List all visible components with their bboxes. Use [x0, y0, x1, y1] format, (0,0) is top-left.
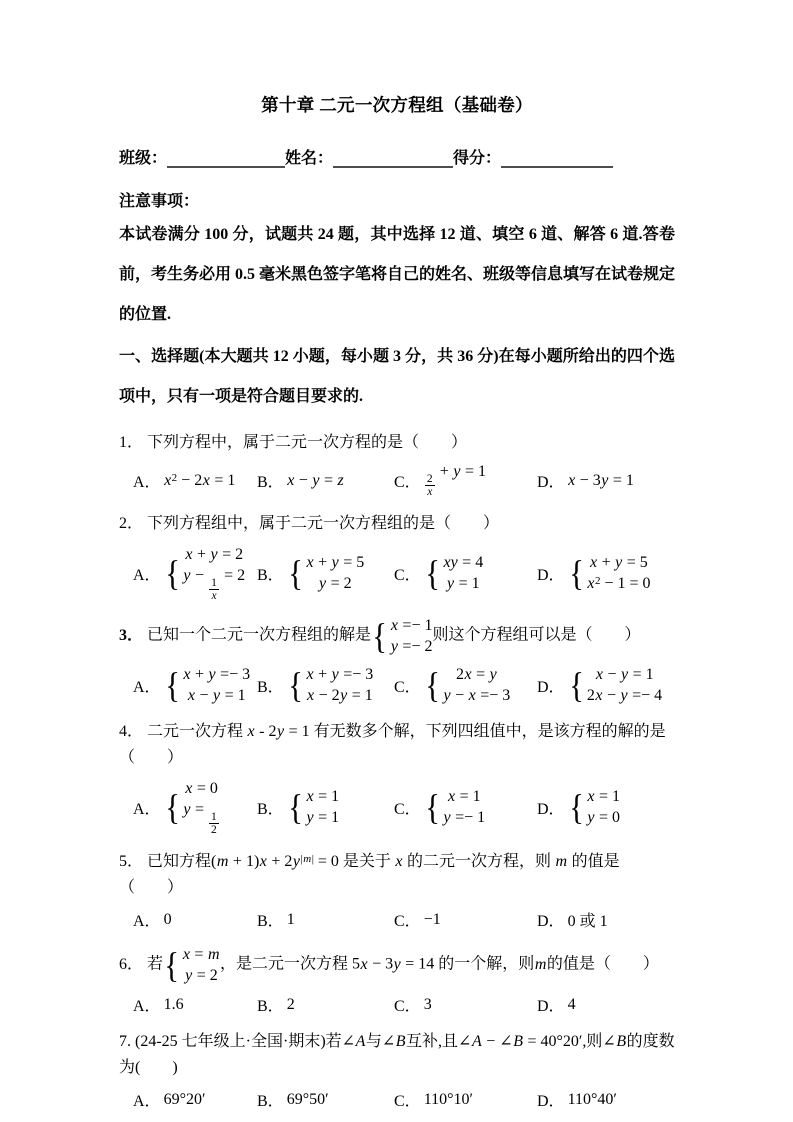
brace-icon: { [569, 670, 584, 701]
option-content: 4 [568, 996, 576, 1014]
class-field-blank [167, 146, 285, 168]
question-number: 6． [119, 956, 143, 973]
option-c: C．110°10′ [394, 1088, 537, 1111]
option-c: C．3 [394, 993, 537, 1016]
equation-system: {x = my = 2 [163, 956, 220, 973]
option-label: D． [537, 993, 565, 1016]
option-a: A．{x + y = 2y − 1x = 2 [133, 544, 257, 602]
stem-text: 下列方程组中，属于二元一次方程组的是（ ） [147, 515, 499, 532]
question-options: A．69°20′B．69°50′C．110°10′D．110°40′ [133, 1088, 675, 1111]
option-content: x − 3y = 1 [568, 472, 634, 490]
brace-icon: { [288, 670, 303, 701]
name-field-label: 姓名： [285, 145, 333, 168]
option-label: C． [394, 1088, 421, 1111]
option-label: D． [537, 796, 565, 819]
stem-text: 若 [147, 956, 163, 973]
option-label: D． [537, 1088, 565, 1111]
option-label: C． [394, 562, 421, 585]
option-label: C． [394, 908, 421, 931]
option-d: D．110°40′ [537, 1088, 675, 1111]
question-2: 2．下列方程组中，属于二元一次方程组的是（ ）A．{x + y = 2y − 1… [119, 511, 675, 602]
question-stem: 7.(24-25 七年级上·全国·期末)若∠A与∠B互补,且∠A − ∠B = … [119, 1029, 675, 1081]
option-label: A． [133, 562, 161, 585]
option-b: B．2 [257, 993, 394, 1016]
brace-icon: { [425, 670, 440, 701]
question-stem: 3．已知一个二元一次方程组的解是{x =− 1y =− 2则这个方程组可以是（ … [119, 615, 675, 657]
option-content: −1 [424, 911, 441, 929]
equation-system: {x − y = 12x − y =− 4 [568, 664, 663, 706]
question-number: 7. [119, 1033, 131, 1050]
option-label: B． [257, 796, 284, 819]
option-c: C．2x + y = 1 [394, 463, 537, 498]
brace-icon: { [165, 558, 180, 589]
option-label: C． [394, 469, 421, 492]
score-field-blank [501, 146, 613, 168]
option-label: A． [133, 674, 161, 697]
question-options: A．1.6B．2C．3D．4 [133, 993, 675, 1016]
option-d: D．{x − y = 12x − y =− 4 [537, 664, 675, 706]
option-d: D．x − 3y = 1 [537, 469, 675, 492]
option-a: A．69°20′ [133, 1088, 257, 1111]
stem-text: 已知一个二元一次方程组的解是 [147, 627, 371, 644]
brace-icon: { [425, 558, 440, 589]
equation-system: {x + y =− 3x − 2y = 1 [287, 664, 374, 706]
brace-icon: { [372, 621, 387, 652]
option-content: 110°10′ [424, 1091, 473, 1109]
option-label: B． [257, 674, 284, 697]
option-content: 3 [424, 996, 432, 1014]
option-label: A． [133, 993, 161, 1016]
equation-system: {x + y = 2y − 1x = 2 [164, 544, 246, 602]
option-label: C． [394, 796, 421, 819]
option-c: C．−1 [394, 908, 537, 931]
option-label: B． [257, 562, 284, 585]
exam-title: 第十章 二元一次方程组（基础卷） [119, 92, 675, 117]
option-b: B．1 [257, 908, 394, 931]
option-content: 69°20′ [164, 1091, 206, 1109]
equation-system: {x = 1y =− 1 [424, 786, 485, 828]
option-content: 2x + y = 1 [424, 463, 486, 498]
option-a: A．0 [133, 908, 257, 931]
option-label: A． [133, 1088, 161, 1111]
question-number: 4． [119, 723, 143, 740]
stem-text: 下列方程中，属于二元一次方程的是（ ） [147, 434, 467, 451]
notice-heading: 注意事项： [119, 188, 675, 211]
option-label: D． [537, 908, 565, 931]
question-stem: 1．下列方程中，属于二元一次方程的是（ ） [119, 430, 675, 456]
option-label: A． [133, 469, 161, 492]
fraction: 2x [425, 473, 435, 498]
header-fields: 班级：姓名：得分： [119, 145, 675, 168]
option-d: D．{x + y = 5x2 − 1 = 0 [537, 552, 675, 594]
equation-system: {x =− 1y =− 2 [371, 627, 432, 644]
stem-text: (24-25 七年级上·全国·期末)若∠A与∠B互补,且∠A − ∠B = 40… [119, 1033, 675, 1076]
question-options: A．0B．1C．−1D．0 或 1 [133, 908, 675, 931]
question-stem: 2．下列方程组中，属于二元一次方程组的是（ ） [119, 511, 675, 537]
question-stem: 5．已知方程(m + 1)x + 2y|m| = 0 是关于 x 的二元一次方程… [119, 849, 675, 901]
option-label: C． [394, 674, 421, 697]
option-content: x2 − 2x = 1 [164, 472, 236, 490]
option-label: B． [257, 993, 284, 1016]
equation-system: {x = 1y = 0 [568, 786, 620, 828]
equation-system: {x = 0y = 12 [164, 778, 220, 836]
option-c: C．{2x = yy − x =− 3 [394, 664, 537, 706]
brace-icon: { [164, 950, 179, 981]
option-b: B．{x + y = 5y = 2 [257, 552, 394, 594]
option-label: B． [257, 1088, 284, 1111]
exam-page: 第十章 二元一次方程组（基础卷） 班级：姓名：得分： 注意事项： 本试卷满分 1… [0, 0, 793, 1122]
option-content: 0 或 1 [568, 908, 608, 931]
question-4: 4．二元一次方程 x - 2y = 1 有无数多个解，下列四组值中，是该方程的解… [119, 719, 675, 836]
question-1: 1．下列方程中，属于二元一次方程的是（ ）A．x2 − 2x = 1B．x − … [119, 430, 675, 498]
question-6: 6．若{x = my = 2，是二元一次方程 5x − 3y = 14 的一个解… [119, 944, 675, 1016]
option-label: B． [257, 908, 284, 931]
option-label: A． [133, 796, 161, 819]
equation-system: {xy = 4y = 1 [424, 552, 484, 594]
brace-icon: { [569, 792, 584, 823]
option-label: C． [394, 993, 421, 1016]
option-d: D．0 或 1 [537, 908, 675, 931]
equation-system: {x = 1y = 1 [287, 786, 339, 828]
stem-text: 二元一次方程 x - 2y = 1 有无数多个解，下列四组值中，是该方程的解的是… [119, 723, 666, 766]
brace-icon: { [165, 792, 180, 823]
option-a: A．1.6 [133, 993, 257, 1016]
option-content: 0 [164, 911, 172, 929]
question-3: 3．已知一个二元一次方程组的解是{x =− 1y =− 2则这个方程组可以是（ … [119, 615, 675, 706]
question-number: 5． [119, 853, 143, 870]
name-field-blank [333, 146, 453, 168]
option-c: C．{x = 1y =− 1 [394, 786, 537, 828]
questions-list: 1．下列方程中，属于二元一次方程的是（ ）A．x2 − 2x = 1B．x − … [119, 430, 675, 1111]
stem-text: 则这个方程组可以是（ ） [432, 627, 640, 644]
option-label: B． [257, 469, 284, 492]
brace-icon: { [288, 558, 303, 589]
option-content: 1 [287, 911, 295, 929]
option-label: D． [537, 562, 565, 585]
equation-system: {x + y = 5y = 2 [287, 552, 365, 594]
option-c: C．{xy = 4y = 1 [394, 552, 537, 594]
equation-system: {x + y = 5x2 − 1 = 0 [568, 552, 651, 594]
question-options: A．{x + y = 2y − 1x = 2B．{x + y = 5y = 2C… [133, 544, 675, 602]
class-field-label: 班级： [119, 145, 167, 168]
brace-icon: { [425, 792, 440, 823]
option-a: A．{x = 0y = 12 [133, 778, 257, 836]
fraction: 12 [209, 811, 219, 836]
equation-system: {2x = yy − x =− 3 [424, 664, 511, 706]
option-a: A．{x + y =− 3x − y = 1 [133, 664, 257, 706]
option-b: B．x − y = z [257, 469, 394, 492]
question-options: A．{x + y =− 3x − y = 1B．{x + y =− 3x − 2… [133, 664, 675, 706]
option-content: 1.6 [164, 996, 184, 1014]
option-content: x − y = z [287, 472, 345, 490]
brace-icon: { [288, 792, 303, 823]
option-b: B．{x = 1y = 1 [257, 786, 394, 828]
equation-system: {x + y =− 3x − y = 1 [164, 664, 251, 706]
option-d: D．4 [537, 993, 675, 1016]
option-b: B．69°50′ [257, 1088, 394, 1111]
question-stem: 4．二元一次方程 x - 2y = 1 有无数多个解，下列四组值中，是该方程的解… [119, 719, 675, 771]
question-number: 3． [119, 627, 143, 644]
question-number: 2． [119, 515, 143, 532]
option-content: 110°40′ [568, 1091, 617, 1109]
option-label: A． [133, 908, 161, 931]
option-label: D． [537, 469, 565, 492]
option-content: 69°50′ [287, 1091, 329, 1109]
option-label: D． [537, 674, 565, 697]
question-number: 1． [119, 434, 143, 451]
option-a: A．x2 − 2x = 1 [133, 469, 257, 492]
page-content: 第十章 二元一次方程组（基础卷） 班级：姓名：得分： 注意事项： 本试卷满分 1… [0, 0, 793, 1111]
option-content: 2 [287, 996, 295, 1014]
stem-text: 已知方程(m + 1)x + 2y|m| = 0 是关于 x 的二元一次方程，则… [119, 853, 620, 896]
option-d: D．{x = 1y = 0 [537, 786, 675, 828]
brace-icon: { [569, 558, 584, 589]
question-5: 5．已知方程(m + 1)x + 2y|m| = 0 是关于 x 的二元一次方程… [119, 849, 675, 931]
question-7: 7.(24-25 七年级上·全国·期末)若∠A与∠B互补,且∠A − ∠B = … [119, 1029, 675, 1111]
question-options: A．x2 − 2x = 1B．x − y = zC．2x + y = 1D．x … [133, 463, 675, 498]
question-stem: 6．若{x = my = 2，是二元一次方程 5x − 3y = 14 的一个解… [119, 944, 675, 986]
notice-paragraph: 本试卷满分 100 分，试题共 24 题，其中选择 12 道、填空 6 道、解答… [119, 215, 675, 335]
brace-icon: { [165, 670, 180, 701]
fraction: 1x [209, 577, 219, 602]
option-b: B．{x + y =− 3x − 2y = 1 [257, 664, 394, 706]
question-options: A．{x = 0y = 12B．{x = 1y = 1C．{x = 1y =− … [133, 778, 675, 836]
section-heading: 一、选择题(本大题共 12 小题，每小题 3 分，共 36 分)在每小题所给出的… [119, 337, 675, 417]
stem-text: ，是二元一次方程 5x − 3y = 14 的一个解，则m的值是（ ） [220, 956, 659, 973]
score-field-label: 得分： [453, 145, 501, 168]
